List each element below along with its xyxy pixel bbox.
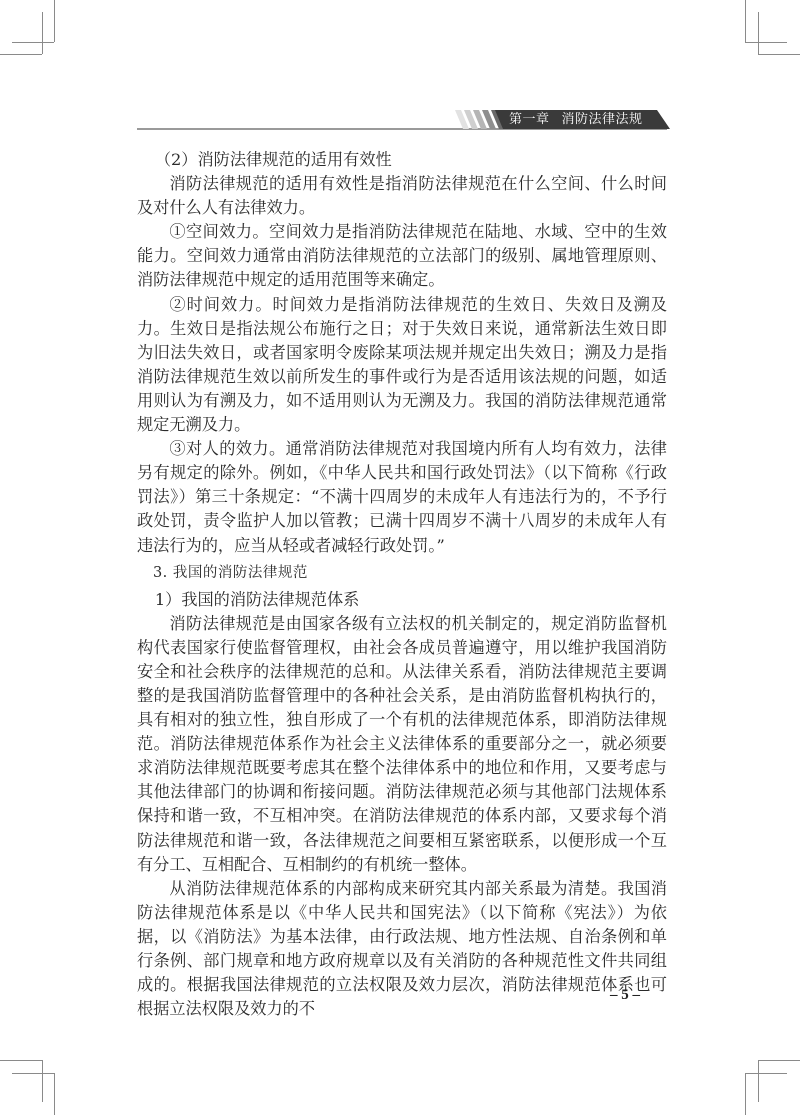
- crop-mark-bottom-left-v2: [54, 1073, 55, 1115]
- subheading-applicability: （2）消防法律规范的适用有效性: [137, 148, 667, 172]
- chapter-header-tab: 第一章消防法律法规: [495, 110, 670, 129]
- chapter-title: 第一章消防法律法规: [509, 110, 643, 129]
- crop-mark-bottom-right-v1: [758, 1060, 759, 1102]
- paragraph-spatial-effect: ①空间效力。空间效力是指消防法律规范在陆地、水域、空中的生效能力。空间效力通常由…: [137, 220, 667, 292]
- crop-mark-top-right-h2: [758, 54, 800, 55]
- section-heading-3: 3. 我国的消防法律规范: [137, 558, 667, 588]
- crop-mark-bottom-right-h1: [758, 1060, 800, 1061]
- crop-mark-bottom-left-h2: [12, 1073, 54, 1074]
- paragraph-personal-effect: ③对人的效力。通常消防法律规范对我国境内所有人均有效力，法律另有规定的除外。例如…: [137, 437, 667, 557]
- crop-mark-top-left-h1: [12, 42, 54, 43]
- crop-mark-top-left-h2: [0, 54, 42, 55]
- paragraph-structure: 从消防法律规范体系的内部构成来研究其内部关系最为清楚。我国消防法律规范体系是以《…: [137, 877, 667, 1022]
- paragraph-system: 消防法律规范是由国家各级有立法权的机关制定的，规定消防监督机构代表国家行使监督管…: [137, 612, 667, 877]
- crop-mark-top-left-v2: [42, 12, 43, 54]
- subheading-system: 1）我国的消防法律规范体系: [137, 588, 667, 612]
- page-body: （2）消防法律规范的适用有效性 消防法律规范的适用有效性是指消防法律规范在什么空…: [137, 148, 667, 1021]
- paragraph-temporal-effect: ②时间效力。时间效力是指消防法律规范的生效日、失效日及溯及力。生效日是指法规公布…: [137, 293, 667, 438]
- crop-mark-top-right-v1: [745, 0, 746, 42]
- crop-mark-top-right-v2: [758, 12, 759, 54]
- crop-mark-bottom-left-h1: [0, 1060, 42, 1061]
- crop-mark-top-right-h1: [745, 42, 787, 43]
- chapter-name: 消防法律法规: [562, 112, 643, 127]
- crop-mark-bottom-right-h2: [745, 1073, 787, 1074]
- crop-mark-bottom-right-v2: [745, 1073, 746, 1115]
- page-number: – 5 –: [610, 987, 640, 1004]
- crop-mark-bottom-left-v1: [42, 1060, 43, 1102]
- chapter-number: 第一章: [509, 112, 550, 127]
- crop-mark-top-left-v1: [54, 0, 55, 42]
- paragraph-applicability: 消防法律规范的适用有效性是指消防法律规范在什么空间、什么时间及对什么人有法律效力…: [137, 172, 667, 220]
